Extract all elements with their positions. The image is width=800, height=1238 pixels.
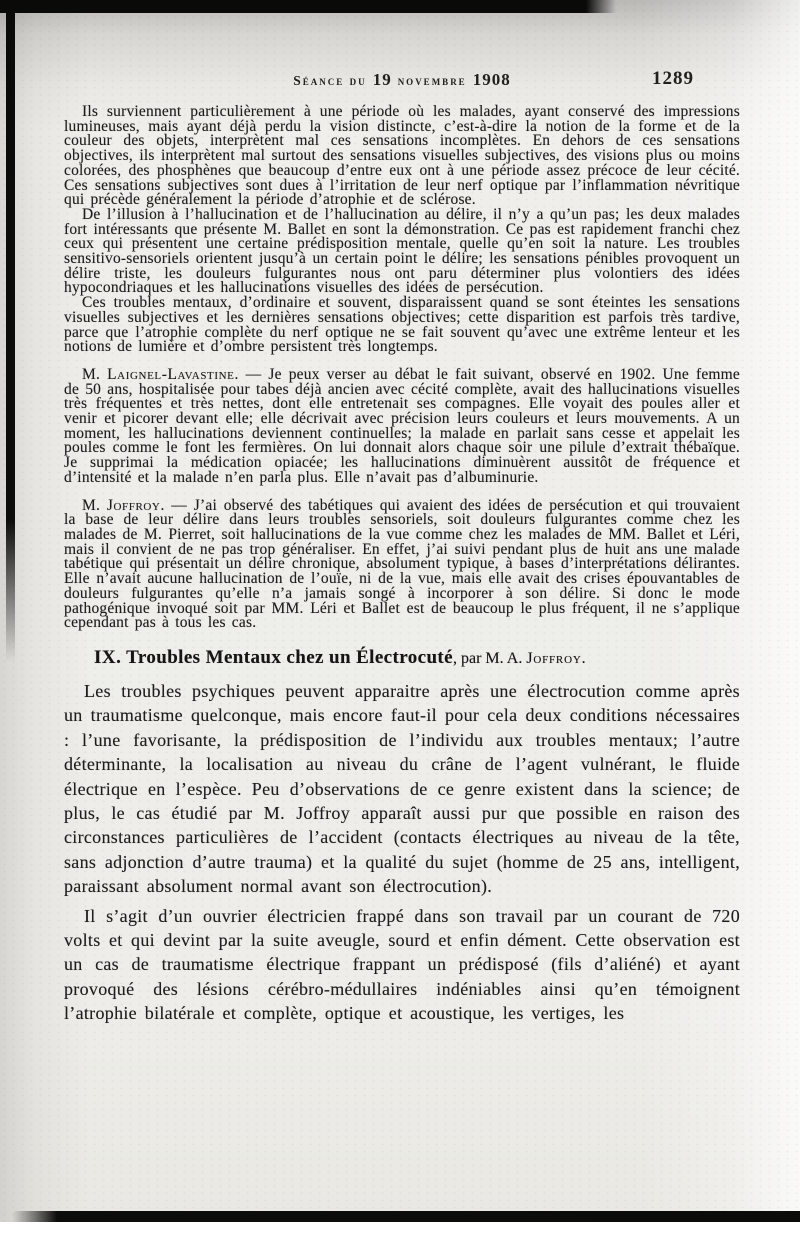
discussion-paragraph: M. Joffroy. — J’ai observé des tabétique…: [64, 499, 740, 631]
page-content: Séance du 19 novembre 1908 1289 Ils surv…: [64, 0, 740, 1031]
scanned-journal-page: Séance du 19 novembre 1908 1289 Ils surv…: [0, 0, 800, 1238]
running-title: Séance du 19 novembre 1908: [64, 70, 740, 90]
scan-edge-bottom: [12, 1211, 800, 1222]
communication-paragraph: Il s’agit d’un ouvrier électricien frapp…: [64, 904, 740, 1026]
running-title-day: 19: [373, 70, 392, 89]
section-author: Joffroy: [526, 650, 581, 667]
body-paragraph: Ils surviennent particulièrement à une p…: [64, 105, 740, 208]
communication-paragraph: Les troubles psychiques peuvent apparait…: [64, 679, 740, 899]
running-title-month: novembre: [398, 73, 467, 88]
section-heading: IX. Troubles Mentaux chez un Électrocuté…: [64, 647, 740, 669]
section-byline: , par M. A. Joffroy.: [453, 650, 586, 667]
communication-section: Les troubles psychiques peuvent apparait…: [64, 679, 740, 1026]
discussion-paragraph: M. Laignel-Lavastine. — Je peux verser a…: [64, 368, 740, 486]
scan-edge-left: [6, 0, 15, 662]
section-numeral: IX.: [94, 647, 121, 668]
scan-margin-bottom: [0, 1222, 800, 1238]
section-title: Troubles Mentaux chez un Électrocuté: [121, 647, 453, 668]
page-number: 1289: [652, 68, 694, 90]
page-header: Séance du 19 novembre 1908 1289: [64, 70, 740, 94]
speaker-name: Laignel-Lavastine: [107, 366, 234, 383]
body-paragraph: Ces troubles mentaux, d’ordinaire et sou…: [64, 296, 740, 355]
body-paragraph: De l’illusion à l’hallucination et de l’…: [64, 208, 740, 296]
running-title-year: 1908: [473, 70, 511, 89]
discussion-section: Ils surviennent particulièrement à une p…: [64, 105, 740, 631]
running-title-session: Séance du: [293, 73, 366, 88]
speaker-name: Joffroy: [107, 497, 161, 514]
